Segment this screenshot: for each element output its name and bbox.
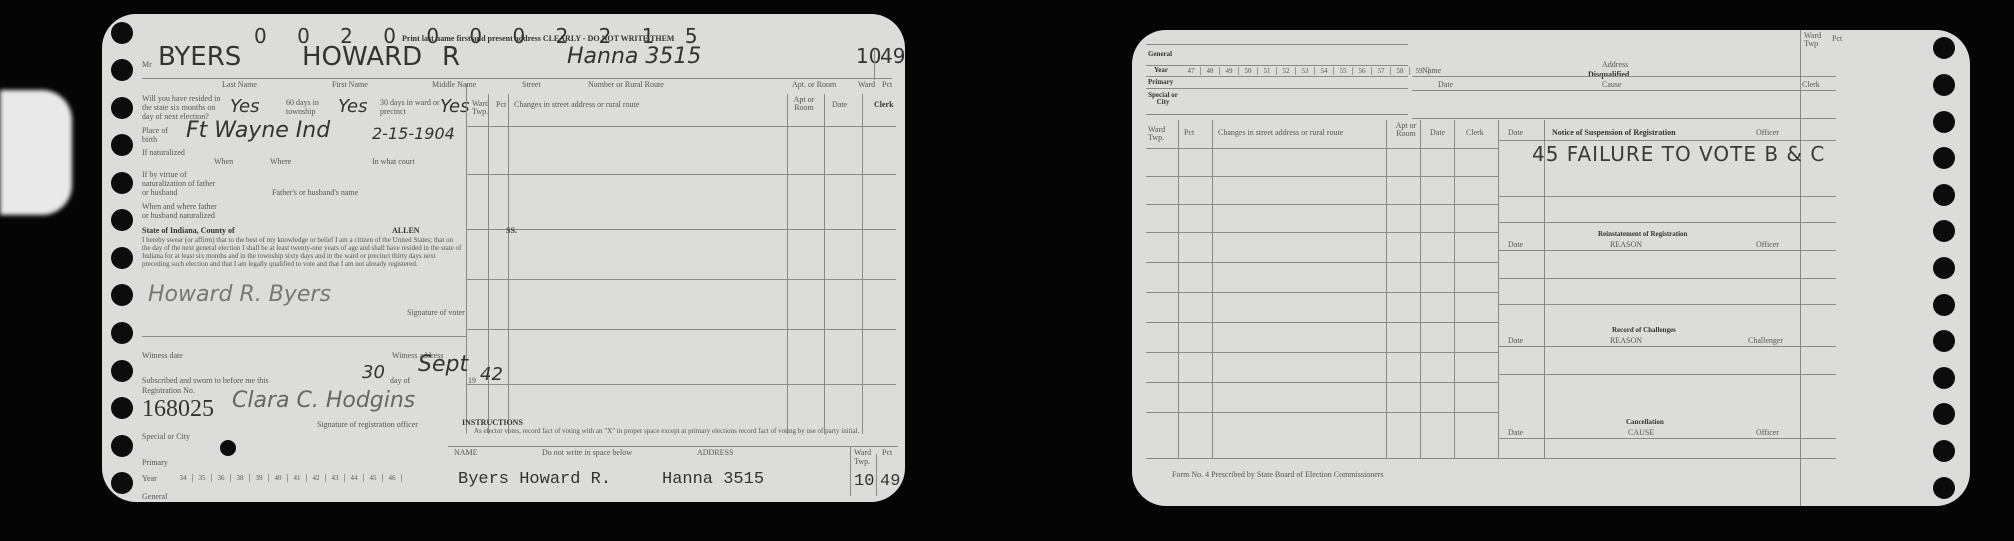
small-punch-hole bbox=[220, 440, 236, 456]
voter-signature: Howard R. Byers bbox=[148, 282, 331, 307]
residency-state-question: Will you have resided in the state six m… bbox=[142, 94, 227, 121]
punch-holes-right bbox=[1932, 30, 1956, 506]
back-grid-primary-label: Primary bbox=[1148, 78, 1173, 86]
front-year-grid: 34 35 36 38 39 40 41 42 43 44 45 46 bbox=[174, 474, 402, 482]
form-footer: Form No. 4 Prescribed by State Board of … bbox=[1172, 470, 1384, 479]
challenges-reason-label: REASON bbox=[1610, 336, 1642, 345]
father-naturalization-label: If by virtue of naturalization of father… bbox=[142, 170, 222, 197]
naturalized-label: If naturalized bbox=[142, 148, 188, 157]
birth-date: 2-15-1904 bbox=[372, 124, 455, 143]
year-cell: 36 bbox=[212, 474, 231, 482]
residency-state-answer: Yes bbox=[230, 96, 259, 117]
grid-row-year-label: Year bbox=[142, 474, 157, 483]
year-cell: 46 bbox=[383, 474, 402, 482]
punch-hole bbox=[1933, 294, 1955, 316]
punch-hole bbox=[111, 134, 133, 156]
year-cell: 54 bbox=[1315, 67, 1334, 75]
year-cell: 43 bbox=[326, 474, 345, 482]
father-when-where-label: When and where father or husband natural… bbox=[142, 202, 222, 220]
punch-hole bbox=[111, 472, 133, 494]
footer-do-not-write: Do not write in space below bbox=[542, 448, 632, 457]
naturalized-when-label: When bbox=[214, 157, 233, 166]
disqualified-clerk-label: Clerk bbox=[1802, 80, 1820, 89]
year-cell: 35 bbox=[193, 474, 212, 482]
year-cell: 48 bbox=[1201, 67, 1220, 75]
number-label: Number or Rural Route bbox=[588, 80, 664, 89]
registration-card-front: 0 0 2 0 0 0 0 2 2 1 5 Print last name fi… bbox=[102, 14, 905, 502]
punch-hole bbox=[1933, 220, 1955, 242]
middle-name: R bbox=[442, 42, 460, 72]
grid-row-general-label: General bbox=[142, 492, 167, 501]
disqualified-cause-label: Cause bbox=[1602, 80, 1622, 89]
subscribed-day-label: day of bbox=[390, 376, 410, 385]
back-changes-pct-header: Pct bbox=[1184, 128, 1194, 137]
disqualified-ward-label: Ward Twp bbox=[1804, 32, 1826, 48]
grid-row-primary-label: Primary bbox=[142, 458, 168, 467]
year-cell: 52 bbox=[1277, 67, 1296, 75]
year-cell: 49 bbox=[1220, 67, 1239, 75]
challenges-challenger-label: Challenger bbox=[1748, 336, 1783, 345]
cancellation-title: Cancellation bbox=[1626, 418, 1664, 426]
reinstatement-title: Reinstatement of Registration bbox=[1598, 230, 1687, 238]
registration-number-label: Registration No. bbox=[142, 386, 195, 395]
birth-place: Ft Wayne Ind bbox=[186, 118, 330, 143]
back-grid-special-label: Special or City bbox=[1148, 92, 1178, 106]
changes-date-header: Date bbox=[832, 100, 847, 109]
pct-value: 49 bbox=[880, 44, 905, 68]
first-name-label: First Name bbox=[332, 80, 368, 89]
punch-hole bbox=[1933, 74, 1955, 96]
year-cell: 51 bbox=[1258, 67, 1277, 75]
footer-name-label: NAME bbox=[454, 448, 478, 457]
reinstatement-officer-label: Officer bbox=[1756, 240, 1779, 249]
disqualified-name-label: Name bbox=[1422, 66, 1441, 75]
year-cell: 44 bbox=[345, 474, 364, 482]
punch-hole bbox=[1933, 403, 1955, 425]
naturalized-court-label: In what court bbox=[372, 157, 415, 166]
punch-hole bbox=[1933, 147, 1955, 169]
disqualified-pct-label: Pct bbox=[1832, 34, 1842, 43]
oath-state-line: State of Indiana, County of bbox=[142, 226, 235, 235]
back-grid-year-label: Year bbox=[1154, 66, 1168, 74]
changes-address-header: Changes in street address or rural route bbox=[514, 100, 639, 109]
instructions-title: INSTRUCTIONS bbox=[462, 418, 523, 427]
punch-hole bbox=[1933, 330, 1955, 352]
subscribed-year: 42 bbox=[480, 364, 503, 385]
punch-hole bbox=[111, 397, 133, 419]
instructions-text: As elector votes, record fact of voting … bbox=[474, 427, 894, 435]
footer-ward-label: Ward Twp. bbox=[854, 448, 874, 466]
year-cell: 58 bbox=[1391, 67, 1410, 75]
officer-signature: Clara C. Hodgins bbox=[232, 388, 415, 413]
disqualified-title: Disqualified bbox=[1588, 70, 1629, 79]
first-name: HOWARD bbox=[302, 42, 422, 72]
footer-pct-label: Pct bbox=[882, 448, 892, 457]
year-cell: 40 bbox=[269, 474, 288, 482]
title-prefix: Mr bbox=[142, 60, 152, 69]
back-changes-apt-header: Apt or Room bbox=[1392, 122, 1420, 138]
pct-label: Pct bbox=[882, 80, 892, 89]
year-cell: 34 bbox=[174, 474, 193, 482]
punch-hole bbox=[111, 172, 133, 194]
punch-holes-left bbox=[110, 14, 134, 502]
suspension-title: Notice of Suspension of Registration bbox=[1552, 128, 1676, 137]
year-cell: 41 bbox=[288, 474, 307, 482]
ward-value: 10 bbox=[856, 44, 881, 68]
footer-address-value: Hanna 3515 bbox=[662, 470, 764, 489]
grid-row-special-label: Special or City bbox=[142, 432, 190, 441]
changes-pct-header: Pct bbox=[496, 100, 506, 109]
punch-hole bbox=[1933, 440, 1955, 462]
back-changes-address-header: Changes in street address or rural route bbox=[1218, 128, 1343, 137]
street-label: Street bbox=[522, 80, 541, 89]
father-name-label: Father's or husband's name bbox=[272, 188, 358, 197]
year-cell: 57 bbox=[1372, 67, 1391, 75]
residency-ward-question: 30 days in ward or precinct bbox=[380, 98, 444, 116]
year-cell: 47 bbox=[1182, 67, 1201, 75]
suspension-stamp: 45 FAILURE TO VOTE B & C bbox=[1532, 142, 1825, 166]
punch-hole bbox=[111, 59, 133, 81]
back-grid-general-label: General bbox=[1148, 50, 1172, 58]
voter-signature-label: Signature of voter bbox=[407, 308, 465, 317]
punch-hole bbox=[111, 209, 133, 231]
punch-hole bbox=[111, 322, 133, 344]
punch-hole bbox=[1933, 477, 1955, 499]
last-name: BYERS bbox=[158, 42, 241, 72]
punch-hole bbox=[111, 97, 133, 119]
apt-label: Apt. or Room bbox=[792, 80, 836, 89]
suspension-officer-label: Officer bbox=[1756, 128, 1779, 137]
subscribed-day: 30 bbox=[362, 362, 385, 383]
year-cell: 53 bbox=[1296, 67, 1315, 75]
oath-text: I hereby swear (or affirm) that to the b… bbox=[142, 236, 462, 268]
back-year-grid: 47 48 49 50 51 52 53 54 55 56 57 58 59 bbox=[1182, 67, 1429, 75]
subscribed-label: Subscribed and sworn to before me this bbox=[142, 376, 269, 385]
reinstatement-date-label: Date bbox=[1508, 240, 1523, 249]
punch-hole bbox=[111, 247, 133, 269]
street-address: Hanna 3515 bbox=[567, 44, 701, 69]
witness-date-label: Witness date bbox=[142, 351, 183, 360]
middle-name-label: Middle Name bbox=[432, 80, 476, 89]
subscribed-month: Sept bbox=[418, 352, 468, 377]
back-changes-clerk-header: Clerk bbox=[1466, 128, 1484, 137]
changes-apt-header: Apt or Room bbox=[792, 96, 816, 112]
year-cell: 42 bbox=[307, 474, 326, 482]
cancellation-cause-label: CAUSE bbox=[1628, 428, 1654, 437]
footer-address-label: ADDRESS bbox=[697, 448, 733, 457]
oath-county: ALLEN bbox=[392, 226, 420, 235]
birth-place-label: Place of birth bbox=[142, 126, 176, 144]
challenges-date-label: Date bbox=[1508, 336, 1523, 345]
punch-hole bbox=[1933, 367, 1955, 389]
punch-hole bbox=[111, 284, 133, 306]
year-cell: 56 bbox=[1353, 67, 1372, 75]
footer-pct-value: 49 bbox=[880, 472, 900, 491]
cancellation-date-label: Date bbox=[1508, 428, 1523, 437]
year-cell: 38 bbox=[231, 474, 250, 482]
registration-card-back: General Year Primary Special or City 47 … bbox=[1132, 30, 1970, 506]
disqualified-date-label: Date bbox=[1438, 80, 1453, 89]
disqualified-address-label: Address bbox=[1602, 60, 1628, 69]
residency-township-answer: Yes bbox=[338, 96, 367, 117]
year-cell: 50 bbox=[1239, 67, 1258, 75]
punch-hole bbox=[111, 22, 133, 44]
scan-glare bbox=[0, 90, 72, 215]
punch-hole bbox=[1933, 184, 1955, 206]
footer-ward-value: 10 bbox=[854, 472, 874, 491]
naturalized-where-label: Where bbox=[270, 157, 291, 166]
punch-hole bbox=[111, 360, 133, 382]
cancellation-officer-label: Officer bbox=[1756, 428, 1779, 437]
back-changes-ward-header: Ward Twp. bbox=[1148, 126, 1170, 142]
reinstatement-reason-label: REASON bbox=[1610, 240, 1642, 249]
punch-hole bbox=[1933, 37, 1955, 59]
ward-label: Ward bbox=[858, 80, 875, 89]
changes-ward-header: Ward Twp. bbox=[472, 100, 494, 116]
year-cell: 39 bbox=[250, 474, 269, 482]
registration-number: 168025 bbox=[142, 396, 214, 423]
oath-ss: SS. bbox=[506, 226, 517, 235]
last-name-label: Last Name bbox=[222, 80, 257, 89]
residency-township-question: 60 days in township bbox=[286, 98, 336, 116]
year-cell: 55 bbox=[1334, 67, 1353, 75]
officer-signature-label: Signature of registration officer bbox=[317, 420, 418, 429]
year-cell: 45 bbox=[364, 474, 383, 482]
challenges-title: Record of Challenges bbox=[1612, 326, 1676, 334]
punch-hole bbox=[111, 435, 133, 457]
punch-hole bbox=[1933, 257, 1955, 279]
footer-name-value: Byers Howard R. bbox=[458, 470, 611, 489]
punch-hole bbox=[1933, 111, 1955, 133]
suspension-date-label: Date bbox=[1508, 128, 1523, 137]
subscribed-year-prefix: 19 bbox=[468, 376, 476, 385]
back-changes-date-header: Date bbox=[1430, 128, 1445, 137]
changes-clerk-header: Clerk bbox=[874, 100, 894, 109]
